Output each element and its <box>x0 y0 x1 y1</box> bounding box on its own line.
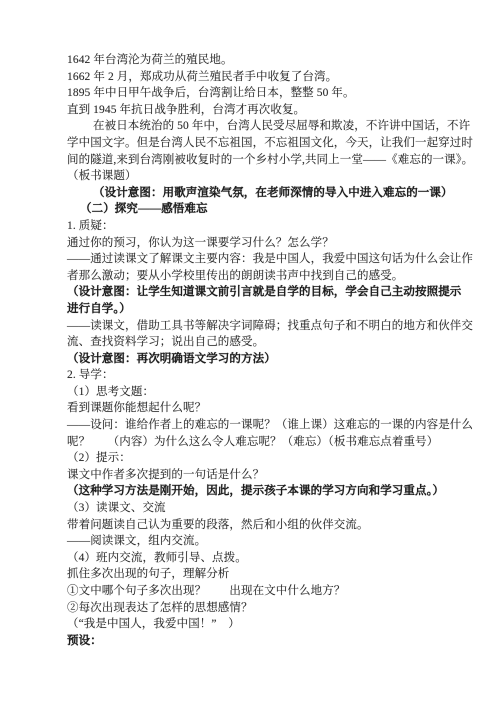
text-line: 1895 年中日甲午战争后，台湾割让给日本，整整 50 年。 <box>67 85 442 102</box>
text-line: 2. 导学： <box>67 367 442 384</box>
text-line: （3）读课文、交流 <box>67 500 442 517</box>
text-line: （2）提示： <box>67 450 442 467</box>
text-line: 学中国文字。但是台湾人民不忘祖国，不忘祖国文化，今天，让我们一起穿过时 <box>67 135 442 152</box>
text-line: （设计意图：再次明确语文学习的方法） <box>67 351 442 368</box>
lesson-plan-text-block: 1642 年台湾沦为荷兰的殖民地。1662 年 2 月，郑成功从荷兰殖民者手中收… <box>67 52 442 649</box>
text-line: 在被日本统治的 50 年中，台湾人民受尽屈辱和欺凌，不许讲中国话，不许 <box>67 118 442 135</box>
text-line: 流、查找资料学习；说出自己的感受。 <box>67 334 442 351</box>
text-line: 看到课题你能想起什么呢？ <box>67 400 442 417</box>
text-line: 预设： <box>67 633 442 650</box>
text-line: （二）探究——感悟难忘 <box>67 201 442 218</box>
text-line: （“我是中国人，我爱中国！” ） <box>67 616 442 633</box>
document-page: 1642 年台湾沦为荷兰的殖民地。1662 年 2 月，郑成功从荷兰殖民者手中收… <box>0 0 500 707</box>
text-line: 呢？ （内容）为什么这么令人难忘呢？（难忘）（板书难忘点着重号） <box>67 434 442 451</box>
text-line: 抓住多次出现的句子，理解分析 <box>67 566 442 583</box>
text-line: ②每次出现表达了怎样的思想感情？ <box>67 600 442 617</box>
text-line: 通过你的预习，你认为这一课要学习什么？怎么学？ <box>67 235 442 252</box>
text-line: ①文中哪个句子多次出现？ 出现在文中什么地方？ <box>67 583 442 600</box>
text-line: 者那么激动；要从小学校里传出的朗朗读书声中找到自己的感受。 <box>67 268 442 285</box>
text-line: ——设问：谁给作者上的难忘的一课呢？（谁上课）这难忘的一课的内容是什么 <box>67 417 442 434</box>
text-line: 1. 质疑： <box>67 218 442 235</box>
text-line: ——阅读课文，组内交流。 <box>67 533 442 550</box>
text-line: （4）班内交流，教师引导、点拨。 <box>67 550 442 567</box>
text-line: 间的隧道,来到台湾刚被收复时的一个乡村小学,共同上一堂——《难忘的一课》。 <box>67 152 442 169</box>
text-line: （设计意图：用歌声渲染气氛，在老师深情的导入中进入难忘的一课） <box>67 185 442 202</box>
text-line: 进行自学。） <box>67 301 442 318</box>
text-line: （这种学习方法是刚开始，因此，提示孩子本课的学习方向和学习重点。） <box>67 483 442 500</box>
text-line: 1662 年 2 月，郑成功从荷兰殖民者手中收复了台湾。 <box>67 69 442 86</box>
text-line: 直到 1945 年抗日战争胜利，台湾才再次收复。 <box>67 102 442 119</box>
text-line: 课文中作者多次提到的一句话是什么？ <box>67 467 442 484</box>
text-line: （1）思考文题： <box>67 384 442 401</box>
text-line: 1642 年台湾沦为荷兰的殖民地。 <box>67 52 442 69</box>
text-line: ——读课文，借助工具书等解决字词障碍；找重点句子和不明白的地方和伙伴交 <box>67 318 442 335</box>
text-line: ——通过读课文了解课文主要内容：我是中国人，我爱中国这句话为什么会让作 <box>67 251 442 268</box>
text-line: 带着问题读自己认为重要的段落，然后和小组的伙伴交流。 <box>67 517 442 534</box>
text-line: （设计意图：让学生知道课文前引言就是自学的目标，学会自己主动按照提示 <box>67 284 442 301</box>
text-line: （板书课题） <box>67 168 442 185</box>
